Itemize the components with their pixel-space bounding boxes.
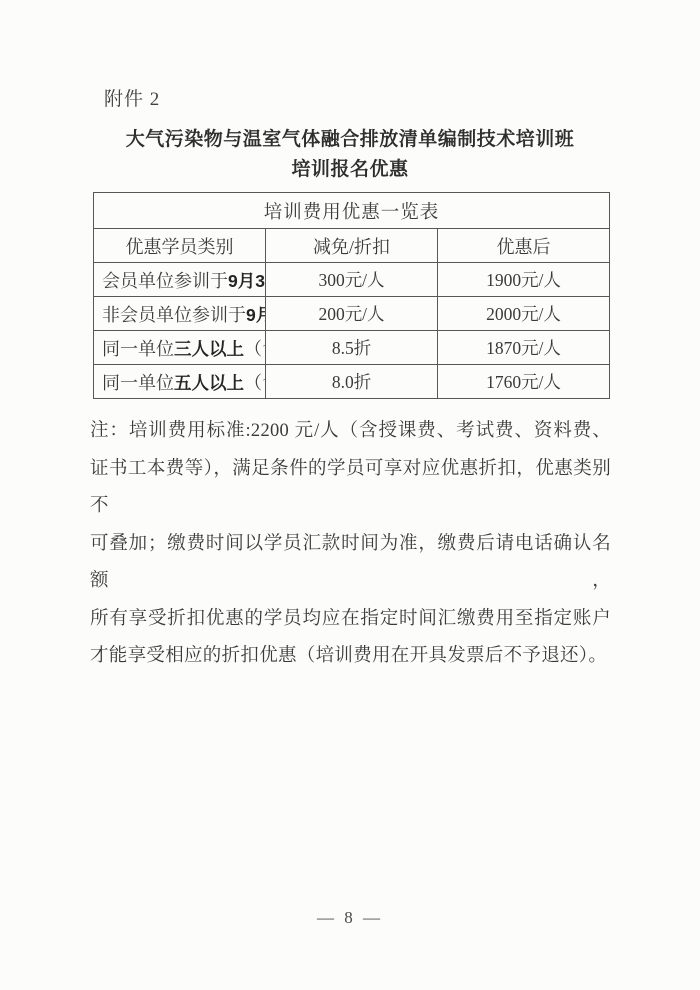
note-line: 注：培训费用标准:2200 元/人（含授课费、考试费、资料费、 [90, 413, 611, 451]
category-cell: 同一单位三人以上（含三人）报名 [94, 331, 266, 365]
discount-cell: 300元/人 [266, 263, 438, 297]
note-line: 证书工本费等），满足条件的学员可享对应优惠折扣，优惠类别不 [90, 451, 611, 526]
category-text-bold: 9月30日前 [228, 271, 266, 291]
table-row: 同一单位三人以上（含三人）报名 8.5折 1870元/人 [94, 331, 610, 365]
table-row: 非会员单位参训于9月30日前报名并缴费 200元/人 2000元/人 [94, 297, 610, 331]
category-text-bold: 三人以上 [174, 339, 244, 359]
column-header-after-discount: 优惠后 [438, 229, 610, 263]
discount-cell: 200元/人 [266, 297, 438, 331]
category-text-bold: 9月30日前 [246, 305, 266, 325]
note-paragraph: 注：培训费用标准:2200 元/人（含授课费、考试费、资料费、 证书工本费等），… [90, 413, 611, 676]
price-cell: 1900元/人 [438, 263, 610, 297]
document-page: 附件 2 大气污染物与温室气体融合排放清单编制技术培训班 培训报名优惠 培训费用… [0, 0, 700, 990]
note-line: 才能享受相应的折扣优惠（培训费用在开具发票后不予退还）。 [90, 638, 611, 676]
category-text-post: （含五人）报名 [244, 373, 266, 393]
discount-cell: 8.5折 [266, 331, 438, 365]
category-text-pre: 同一单位 [102, 373, 174, 393]
discount-cell: 8.0折 [266, 365, 438, 399]
price-cell: 1870元/人 [438, 331, 610, 365]
category-text-pre: 同一单位 [102, 339, 174, 359]
category-cell: 会员单位参训于9月30日前报名并缴费 [94, 263, 266, 297]
category-cell: 同一单位五人以上（含五人）报名 [94, 365, 266, 399]
category-text-post: （含三人）报名 [244, 339, 266, 359]
table-row: 同一单位五人以上（含五人）报名 8.0折 1760元/人 [94, 365, 610, 399]
document-title: 大气污染物与温室气体融合排放清单编制技术培训班 培训报名优惠 [0, 125, 700, 185]
table-header-row: 优惠学员类别 减免/折扣 优惠后 [94, 229, 610, 263]
table-caption: 培训费用优惠一览表 [94, 193, 610, 229]
column-header-discount: 减免/折扣 [266, 229, 438, 263]
note-line: 所有享受折扣优惠的学员均应在指定时间汇缴费用至指定账户 [90, 601, 611, 639]
note-line: 可叠加；缴费时间以学员汇款时间为准，缴费后请电话确认名额， [90, 526, 611, 601]
attachment-label: 附件 2 [104, 84, 160, 111]
category-text-pre: 会员单位参训于 [102, 271, 228, 291]
price-cell: 2000元/人 [438, 297, 610, 331]
table-caption-row: 培训费用优惠一览表 [94, 193, 610, 229]
category-text-bold: 五人以上 [174, 373, 244, 393]
category-text-pre: 非会员单位参训于 [102, 305, 246, 325]
document-title-line2: 培训报名优惠 [0, 155, 700, 185]
fee-discount-table: 培训费用优惠一览表 优惠学员类别 减免/折扣 优惠后 会员单位参训于9月30日前… [93, 192, 610, 399]
column-header-category: 优惠学员类别 [94, 229, 266, 263]
category-cell: 非会员单位参训于9月30日前报名并缴费 [94, 297, 266, 331]
table-row: 会员单位参训于9月30日前报名并缴费 300元/人 1900元/人 [94, 263, 610, 297]
document-title-line1: 大气污染物与温室气体融合排放清单编制技术培训班 [0, 125, 700, 155]
price-cell: 1760元/人 [438, 365, 610, 399]
page-number: — 8 — [0, 908, 700, 928]
